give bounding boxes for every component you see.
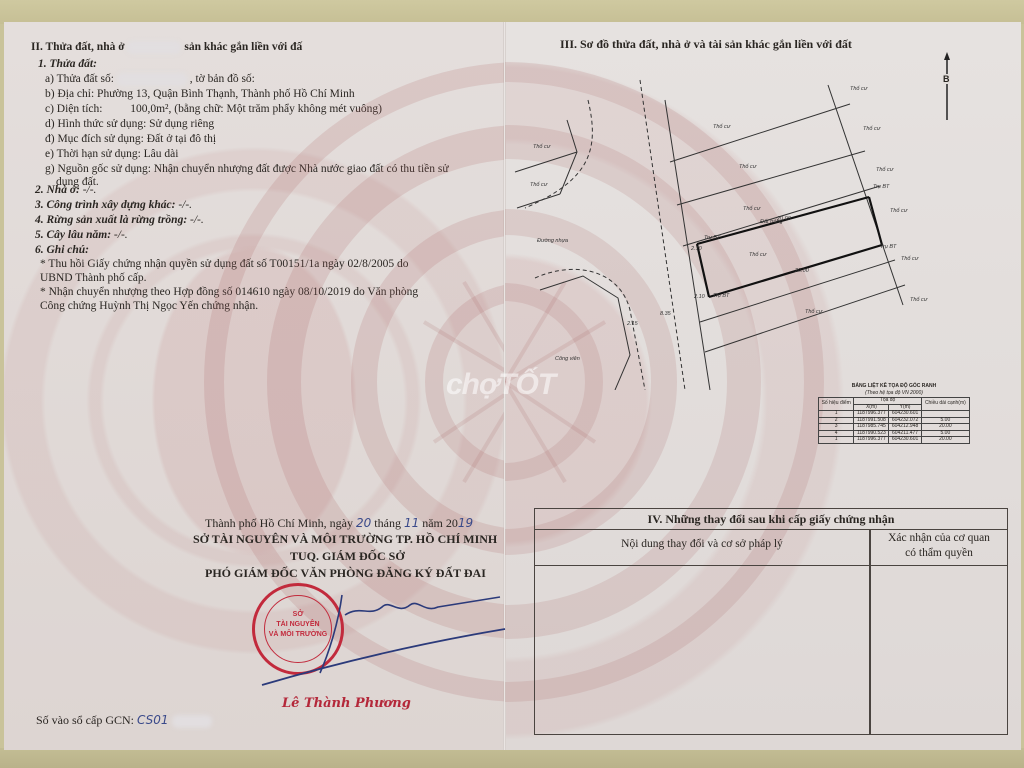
coord-row: 11187996.377604230.60120.00 xyxy=(819,437,970,444)
issue-year-suffix: 19 xyxy=(458,516,473,530)
handwritten-signature xyxy=(250,585,510,695)
confirmation-line-1: Xác nhận của cơ quan xyxy=(871,531,1007,546)
desk-background-bottom xyxy=(0,748,1024,768)
svg-text:Thổ cư: Thổ cư xyxy=(749,251,767,258)
svg-text:2.15: 2.15 xyxy=(626,321,639,327)
svg-text:Thổ cư: Thổ cư xyxy=(890,207,908,214)
signer-role-2: PHÓ GIÁM ĐỐC VĂN PHÒNG ĐĂNG KÝ ĐẤT ĐAI xyxy=(205,567,486,580)
svg-text:8.35: 8.35 xyxy=(660,311,672,317)
signer-role-1: TUQ. GIÁM ĐỐC SỞ xyxy=(290,550,405,563)
svg-text:Thổ cư: Thổ cư xyxy=(743,205,761,212)
svg-text:Thổ cư: Thổ cư xyxy=(713,123,731,130)
gcn-redacted xyxy=(172,715,212,728)
desk-background xyxy=(0,0,1024,24)
svg-text:Thổ cư: Thổ cư xyxy=(876,166,894,173)
svg-text:Công viên: Công viên xyxy=(555,356,580,362)
svg-text:2.10: 2.10 xyxy=(693,294,706,300)
section-iv-col-confirmation: Xác nhận của cơ quan có thẩm quyền xyxy=(871,531,1007,561)
svg-text:Thổ cư: Thổ cư xyxy=(850,85,868,92)
chotot-watermark: chợTỐT xyxy=(446,368,555,402)
gcn-label: Số vào sổ cấp GCN: xyxy=(36,713,134,727)
svg-text:20.00: 20.00 xyxy=(794,268,810,274)
coord-table-title: BẢNG LIỆT KÊ TỌA ĐỘ GÓC RANH xyxy=(818,383,970,390)
svg-text:Thổ cư: Thổ cư xyxy=(739,163,757,170)
svg-text:Thổ cư: Thổ cư xyxy=(533,143,551,150)
issue-day: 20 xyxy=(356,516,371,530)
coord-header-point: Số hiệu điểm xyxy=(819,398,854,411)
changes-after-issuance-table: IV. Những thay đổi sau khi cấp giấy chứn… xyxy=(534,508,1008,735)
svg-text:Trụ BT: Trụ BT xyxy=(873,184,890,190)
svg-text:Thổ cư: Thổ cư xyxy=(863,125,881,132)
section-iii-title: III. Sơ đồ thửa đất, nhà ở và tài sản kh… xyxy=(560,38,852,51)
section-iv-title: IV. Những thay đổi sau khi cấp giấy chứn… xyxy=(535,509,1007,530)
gcn-registration-line: Số vào sổ cấp GCN: CS01 xyxy=(36,714,212,728)
coord-cell-y: 604230.601 xyxy=(889,437,921,444)
section-iv-divider xyxy=(869,529,871,734)
signer-name: Lê Thành Phương xyxy=(282,697,411,710)
section-iv-col-content: Nội dung thay đổi và cơ sở pháp lý xyxy=(535,538,869,550)
coord-cell-pt: 1 xyxy=(819,437,854,444)
issue-date-line: Thành phố Hồ Chí Minh, ngày 20 tháng 11 … xyxy=(205,517,473,530)
svg-text:Thổ cư: Thổ cư xyxy=(805,308,823,315)
coord-header-length: Chiều dài cạnh(m) xyxy=(921,398,969,411)
svg-text:Trụ BT: Trụ BT xyxy=(704,235,721,241)
svg-text:20.00: 20.00 xyxy=(776,216,792,222)
issue-month: 11 xyxy=(404,516,419,530)
svg-text:Trụ BT: Trụ BT xyxy=(880,244,897,250)
coord-cell-x: 1187996.377 xyxy=(854,437,889,444)
coord-cell-len: 20.00 xyxy=(921,437,969,444)
issuing-organization: SỞ TÀI NGUYÊN VÀ MÔI TRƯỜNG TP. HỒ CHÍ M… xyxy=(193,533,497,546)
svg-text:Trụ BT: Trụ BT xyxy=(713,293,730,299)
svg-text:2.10: 2.10 xyxy=(690,246,703,252)
confirmation-line-2: có thẩm quyền xyxy=(871,546,1007,561)
coord-table-subtitle: (Theo hệ tọa độ VN 2000) xyxy=(818,390,970,397)
corner-coordinates-table: BẢNG LIỆT KÊ TỌA ĐỘ GÓC RANH (Theo hệ tọ… xyxy=(818,383,970,444)
svg-text:Thổ cư: Thổ cư xyxy=(530,181,548,188)
svg-text:Đường nhựa: Đường nhựa xyxy=(537,238,568,244)
svg-text:Thổ cư: Thổ cư xyxy=(910,296,928,303)
date-prefix: Thành phố Hồ Chí Minh, ngày xyxy=(205,516,353,530)
site-plan-map: Thổ cư Thổ cư Thổ cư Thổ cư Thổ cư Thổ c… xyxy=(505,60,1021,390)
month-label: tháng xyxy=(374,516,401,530)
year-label: năm 20 xyxy=(422,516,458,530)
section-iv-header-row: Nội dung thay đổi và cơ sở pháp lý Xác n… xyxy=(535,529,1007,566)
gcn-value: CS01 xyxy=(137,713,169,727)
svg-text:Thổ cư: Thổ cư xyxy=(901,255,919,262)
